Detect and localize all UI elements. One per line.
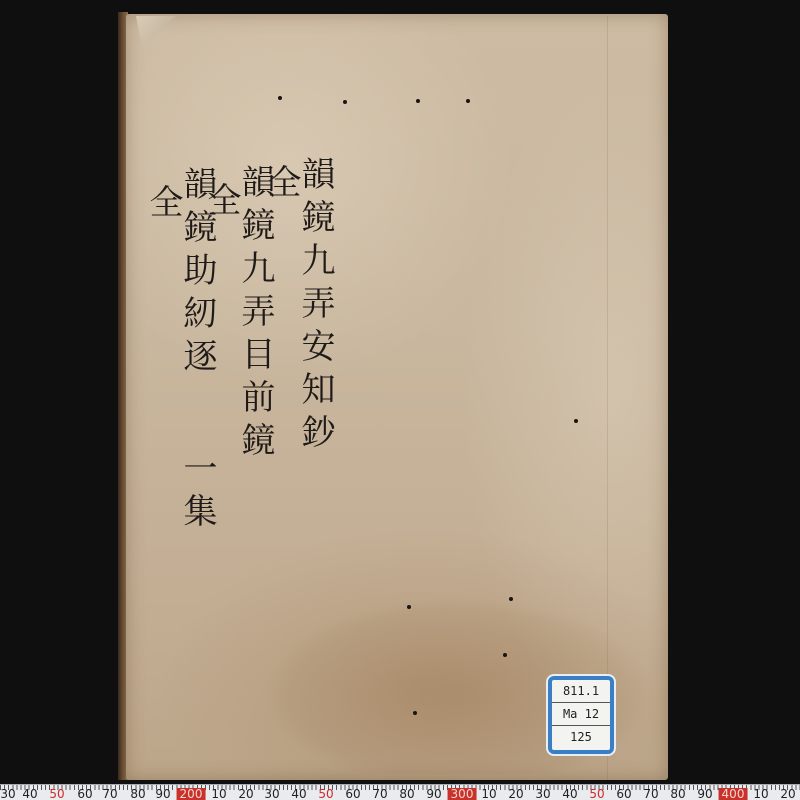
call-number-line-3: 125 (552, 726, 610, 748)
book-cover: 韻鏡九弄安知鈔 全 韻鏡九弄目前鏡 全 韻鏡助紉逐 一集 全 811.1 Ma … (126, 14, 668, 780)
binding-hole (413, 711, 417, 715)
ruler-label: 40 (22, 788, 37, 800)
ruler-label: 70 (372, 788, 387, 800)
ruler-label: 20 (508, 788, 523, 800)
ruler-label: 80 (130, 788, 145, 800)
ruler-label: 40 (562, 788, 577, 800)
call-number-label: 811.1 Ma 12 125 (548, 676, 614, 754)
ruler-label: 300 (448, 788, 477, 800)
title-text: 韻鏡九弄安知鈔 (295, 156, 335, 457)
ruler-label: 80 (670, 788, 685, 800)
ruler-label: 90 (426, 788, 441, 800)
binding-hole (509, 597, 513, 601)
ruler-label: 10 (481, 788, 496, 800)
ruler-label: 20 (780, 788, 795, 800)
title-suffix: 全 (146, 184, 180, 536)
ruler-label: 60 (77, 788, 92, 800)
ruler-label: 90 (697, 788, 712, 800)
ruler-label: 10 (211, 788, 226, 800)
binding-hole (503, 653, 507, 657)
book: 韻鏡九弄安知鈔 全 韻鏡九弄目前鏡 全 韻鏡助紉逐 一集 全 811.1 Ma … (118, 12, 668, 780)
ruler-label: 60 (616, 788, 631, 800)
ruler-label: 30 (264, 788, 279, 800)
ruler-label: 10 (753, 788, 768, 800)
title-text: 韻鏡九弄目前鏡 (235, 164, 275, 465)
binding-hole (343, 100, 347, 104)
ruler-label: 30 (535, 788, 550, 800)
call-number-line-1: 811.1 (552, 680, 610, 703)
ruler-label: 50 (49, 788, 64, 800)
ruler-label: 50 (318, 788, 333, 800)
ruler-label: 60 (345, 788, 360, 800)
ruler-label: 50 (589, 788, 604, 800)
ruler-label: 20 (238, 788, 253, 800)
torn-corner (136, 16, 176, 46)
ruler-label: 40 (291, 788, 306, 800)
binding-hole (574, 419, 578, 423)
title-column-3: 韻鏡助紉逐 一集 全 (146, 166, 214, 536)
ruler-label: 70 (102, 788, 117, 800)
binding-hole (466, 99, 470, 103)
title-text: 韻鏡助紉逐 (177, 166, 217, 381)
binding-hole (416, 99, 420, 103)
ruler-label: 70 (643, 788, 658, 800)
ruler-label: 30 (0, 788, 15, 800)
binding-hole (278, 96, 282, 100)
title-part: 一集 (177, 450, 217, 536)
ruler-label: 400 (719, 788, 748, 800)
ruler-label: 90 (155, 788, 170, 800)
ruler-label: 80 (399, 788, 414, 800)
ruler-label: 200 (177, 788, 206, 800)
call-number-line-2: Ma 12 (552, 703, 610, 726)
binding-hole (407, 605, 411, 609)
measuring-ruler: 3040506070809020010203040506070809030010… (0, 784, 800, 800)
